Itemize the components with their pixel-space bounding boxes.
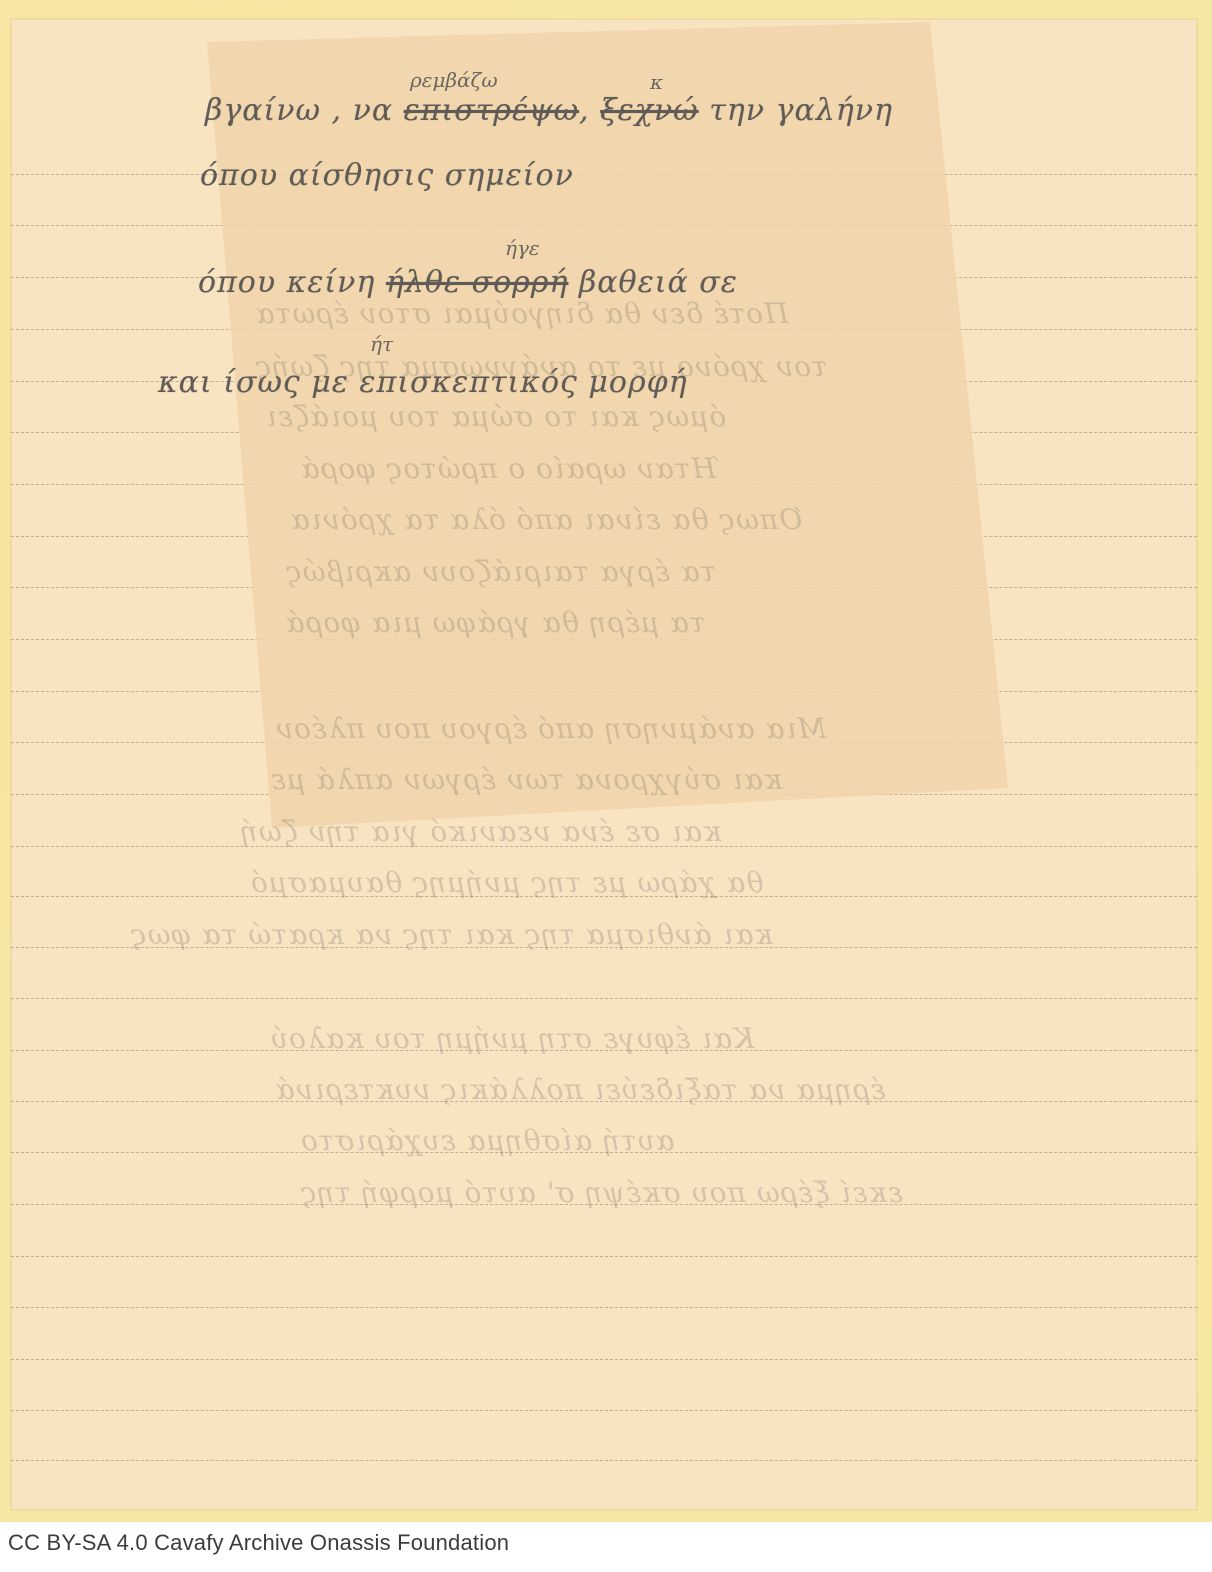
bleed-through-line: και σύγχρονα των έργων απλά με xyxy=(270,763,782,796)
handwritten-text: όπου κείνη xyxy=(198,265,375,300)
struck-word: επιστρέψω xyxy=(404,93,579,128)
ruled-line xyxy=(11,1307,1197,1308)
handwritten-line-3: όπου κείνη ήλθε σορρή βαθειά σε xyxy=(198,265,738,300)
bleed-through-line: Και έφυγε στη μνήμη του καλού xyxy=(270,1022,754,1055)
ruled-line xyxy=(11,1460,1197,1461)
bleed-through-line: Ποτέ δεν θα διηγούμαι στον έρωτα xyxy=(255,297,788,330)
license-credit: CC BY-SA 4.0 Cavafy Archive Onassis Foun… xyxy=(8,1530,509,1556)
handwritten-line-4: και ίσως με επισκεπτικός μορφή xyxy=(158,365,688,400)
bleed-through-line: Όπως θα είναι από όλα τα χρόνια xyxy=(290,503,803,536)
interlinear-correction: ήγε xyxy=(505,236,540,260)
interlinear-correction: ήτ xyxy=(370,332,393,356)
bleed-through-line: και άνθισμα της και της να κρατώ τα φως xyxy=(130,918,773,951)
struck-word: ξεχνώ xyxy=(600,93,699,128)
ruled-line xyxy=(11,225,1197,226)
ruled-line xyxy=(11,174,1197,175)
handwritten-text: την γαλήνη xyxy=(709,93,893,128)
interlinear-correction: κ xyxy=(650,70,663,94)
ruled-line xyxy=(11,639,1197,640)
ruled-line xyxy=(11,1256,1197,1257)
ruled-line xyxy=(11,1359,1197,1360)
ruled-line xyxy=(11,536,1197,537)
ruled-line xyxy=(11,998,1197,999)
bleed-through-line: εκεί ξέρω που σκέψη σ' αυτό μορφή της xyxy=(300,1176,903,1209)
bleed-through-line: έρημα να ταξιδεύει πολλάκις νυκτερινά xyxy=(275,1073,886,1106)
scan-background: Ποτέ δεν θα διηγούμαι στον έρωτα τον χρό… xyxy=(0,0,1212,1522)
handwritten-text: , xyxy=(579,93,590,128)
interlinear-correction: ρεμβάζω xyxy=(410,68,498,92)
handwritten-line-1: βγαίνω , να επιστρέψω, ξεχνώ την γαλήνη xyxy=(205,93,893,128)
bleed-through-line: αυτή αίσθημα ευχάριστο xyxy=(300,1124,675,1157)
bleed-through-line: Μια ανάμνηση από έργου που πλέον xyxy=(275,712,826,745)
bleed-through-line: θα χάρω με της μνήμης θαυμασμό xyxy=(250,866,763,899)
struck-word: ήλθε σορρή xyxy=(386,265,568,300)
bleed-through-line: και σε ένα νεανικό για την ζωή xyxy=(240,815,722,848)
handwritten-line-2: όπου αίσθησις σημείον xyxy=(200,158,574,193)
handwritten-text: βαθειά σε xyxy=(579,265,738,300)
bleed-through-line: τα μέρη θα γράφω μια φορά xyxy=(285,606,706,639)
ruled-line xyxy=(11,691,1197,692)
ruled-line xyxy=(11,1410,1197,1411)
bleed-through-line: όμως και το σώμα του μοιάζει xyxy=(265,400,726,433)
bleed-through-line: τα έργα ταιριάζουν ακριβώς xyxy=(285,555,716,588)
handwritten-text: βγαίνω , να xyxy=(205,93,393,128)
bleed-through-line: Ήταν ωραίο ο πρώτος φορά xyxy=(300,452,721,485)
